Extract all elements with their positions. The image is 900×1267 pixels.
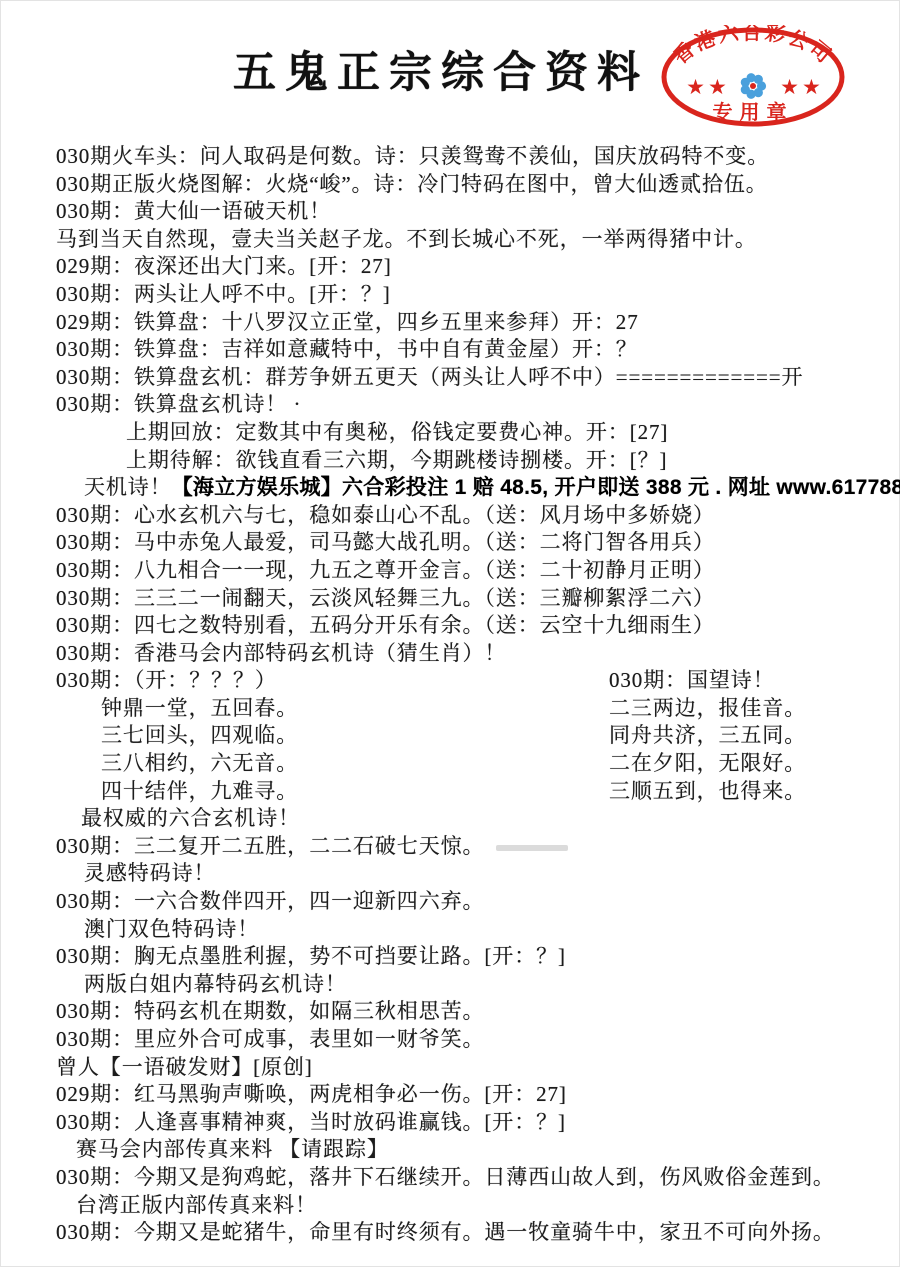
text-line: 030期：马中赤兔人最爱，司马懿大战孔明。（送：二将门智各用兵）: [56, 529, 898, 557]
scan-artifact: [496, 845, 568, 851]
text-line: 030期：四七之数特别看，五码分开乐有余。（送：云空十九细雨生）: [56, 612, 898, 640]
text-line: 赛马会内部传真来料 【请跟踪】: [76, 1136, 898, 1164]
text-line: 上期回放：定数其中有奥秘，俗钱定要费心神。开：[27]: [126, 419, 898, 447]
poem-line: 三顺五到，也得来。: [609, 778, 898, 806]
text-line: 030期火车头：问人取码是何数。诗：只羡鸳鸯不羡仙，国庆放码特不变。: [56, 143, 898, 171]
seal-bottom-text: 专用章: [713, 100, 794, 124]
text-line: 030期：今期又是狗鸡蛇，落井下石继续开。日薄西山故人到，伤风败俗金莲到。: [56, 1164, 898, 1192]
text-line: 030期：三三二一闹翻天，云淡风轻舞三九。（送：三瓣柳絮浮二六）: [56, 585, 898, 613]
text-line: 曾人【一语破发财】[原创]: [56, 1054, 898, 1082]
body-text: 030期火车头：问人取码是何数。诗：只羡鸳鸯不羡仙，国庆放码特不变。 030期正…: [56, 143, 898, 1247]
poem-columns: 030期：（开：？？？） 钟鼎一堂，五回春。 三七回头，四观临。 三八相约，六无…: [56, 667, 898, 805]
text-line: 两版白姐内幕特码玄机诗！: [84, 971, 898, 999]
text-line-text: 030期：三二复开二五胜，二二石破七天惊。: [56, 834, 484, 858]
text-line: 030期：香港马会内部特码玄机诗（猜生肖）！: [56, 640, 898, 668]
text-line: 029期：夜深还出大门来。[开：27]: [56, 253, 898, 281]
company-seal: 香港六合彩公司 ★★ ★★ 专用章: [657, 25, 849, 129]
text-line: 030期：铁算盘玄机诗！ ·: [56, 391, 898, 419]
text-line: 030期：胸无点墨胜利握，势不可挡要让路。[开：？]: [56, 943, 898, 971]
text-line: 030期：特码玄机在期数，如隔三秋相思苦。: [56, 998, 898, 1026]
text-line: 澳门双色特码诗！: [84, 916, 898, 944]
text-line: 030期：铁算盘玄机：群芳争妍五更天（两头让人呼不中）=============…: [56, 364, 898, 392]
text-line: 030期：八九相合一一现，九五之尊开金言。（送：二十初静月正明）: [56, 557, 898, 585]
text-line: 灵感特码诗！: [84, 860, 898, 888]
scanned-lottery-sheet: 五鬼正宗综合资料 香港六合彩公司 ★★ ★★ 专用章 030期火车头：问人取码是…: [0, 0, 900, 1267]
text-line: 030期：两头让人呼不中。[开：？]: [56, 281, 898, 309]
text-line: 030期：人逢喜事精神爽，当时放码谁赢钱。[开：？]: [56, 1109, 898, 1137]
bauhinia-flower-icon: [741, 73, 766, 99]
text-line: 029期：铁算盘：十八罗汉立正堂，四乡五里来参拜）开：27: [56, 309, 898, 337]
poem-line: 二在夕阳，无限好。: [609, 750, 898, 778]
poem-left-column: 030期：（开：？？？） 钟鼎一堂，五回春。 三七回头，四观临。 三八相约，六无…: [56, 667, 609, 805]
text-line: 030期：今期又是蛇猪牛，命里有时终须有。遇一牧童骑牛中，家丑不可向外扬。: [56, 1219, 898, 1247]
poem-left-header: 030期：（开：？？？）: [56, 667, 609, 695]
poem-line: 钟鼎一堂，五回春。: [101, 695, 609, 723]
poem-line: 同舟共济，三五同。: [609, 722, 898, 750]
poem-right-column: 030期：国望诗！ 二三两边，报佳音。 同舟共济，三五同。 二在夕阳，无限好。 …: [609, 667, 898, 805]
promo-banner: 天机诗！【海立方娱乐城】六合彩投注 1 赔 48.5, 开户即送 388 元 .…: [84, 474, 898, 502]
poem-line: 三七回头，四观临。: [101, 722, 609, 750]
poem-line: 二三两边，报佳音。: [609, 695, 898, 723]
text-line: 马到当天自然现，壹夫当关赵子龙。不到长城心不死，一举两得猪中计。: [56, 226, 898, 254]
text-line: 030期：里应外合可成事，表里如一财爷笑。: [56, 1026, 898, 1054]
poem-line: 三八相约，六无音。: [101, 750, 609, 778]
text-line: 030期：一六合数伴四开，四一迎新四六弃。: [56, 888, 898, 916]
seal-stars-right: ★★: [780, 75, 824, 99]
text-line: 030期：铁算盘：吉祥如意藏特中，书中自有黄金屋）开：？: [56, 336, 898, 364]
text-line: 030期：黄大仙一语破天机！: [56, 198, 898, 226]
text-line: 030期：心水玄机六与七，稳如泰山心不乱。（送：风月场中多娇娆）: [56, 502, 898, 530]
poem-line: 四十结伴，九难寻。: [101, 778, 609, 806]
promo-bold-text: 【海立方娱乐城】六合彩投注 1 赔 48.5, 开户即送 388 元 . 网址 …: [172, 476, 900, 499]
text-line: 030期正版火烧图解：火烧“峻”。诗：冷门特码在图中，曾大仙透贰拾伍。: [56, 171, 898, 199]
text-line: 030期：三二复开二五胜，二二石破七天惊。: [56, 833, 898, 861]
text-line: 029期：红马黑驹声嘶唤，两虎相争必一伤。[开：27]: [56, 1081, 898, 1109]
seal-stars-left: ★★: [686, 75, 730, 99]
promo-prefix: 天机诗！: [84, 475, 172, 499]
text-line: 上期待解：欲钱直看三六期，今期跳楼诗捌楼。开：[？]: [126, 447, 898, 475]
text-line: 台湾正版内部传真来料！: [76, 1192, 898, 1220]
svg-text:香港六合彩公司: 香港六合彩公司: [668, 25, 836, 69]
poem-right-header: 030期：国望诗！: [609, 667, 898, 695]
text-line: 最权威的六合玄机诗！: [81, 805, 898, 833]
seal-arc-text: 香港六合彩公司: [668, 25, 836, 69]
